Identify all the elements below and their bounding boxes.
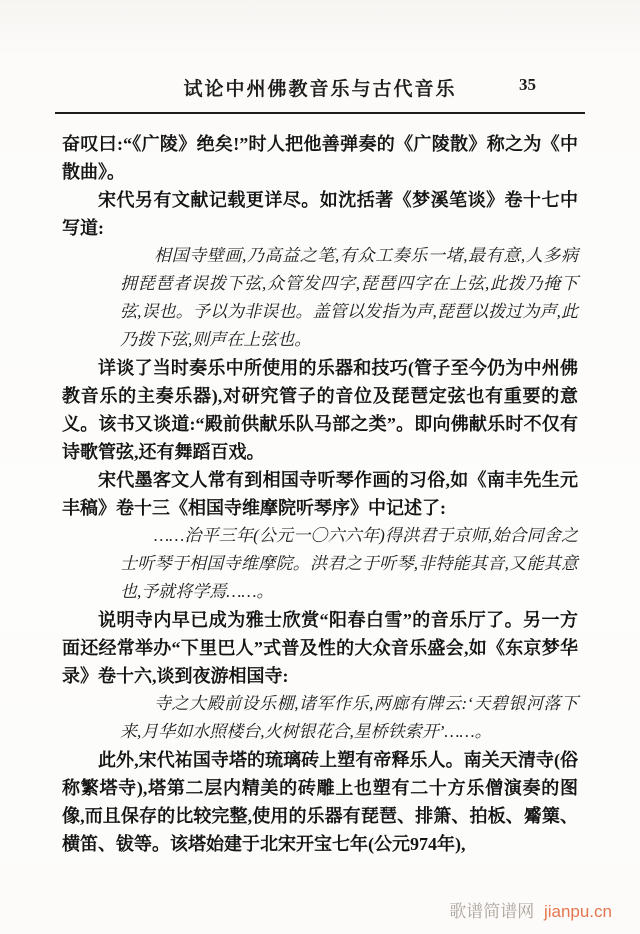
paragraph: 说明寺内早已成为雅士欣赏“阳春白雪”的音乐厅了。另一方面还经常举办“下里巴人”式… <box>62 606 578 690</box>
block-quote: ……治平三年(公元一〇六六年)得洪君于京师,始合同舍之士听琴于相国寺维摩院。洪君… <box>120 522 578 606</box>
scanned-book-page: 试论中州佛教音乐与古代音乐 35 奋叹曰:“《广陵》绝矣!”时人把他善弹奏的《广… <box>0 0 640 934</box>
body-text: 奋叹曰:“《广陵》绝矣!”时人把他善弹奏的《广陵散》称之为《中散曲》。 宋代另有… <box>62 130 578 858</box>
header-divider <box>55 112 585 114</box>
block-quote: 相国寺壁画,乃高益之笔,有众工奏乐一堵,最有意,人多病拥琵琶者误拨下弦,众管发四… <box>120 242 578 354</box>
paragraph: 此外,宋代祐国寺塔的琉璃砖上塑有帝释乐人。南关天清寺(俗称繁塔寺),塔第二层内精… <box>62 746 578 858</box>
paragraph: 宋代另有文献记载更详尽。如沈括著《梦溪笔谈》卷十七中写道: <box>62 186 578 242</box>
watermark-site-url: jianpu.cn <box>544 902 612 921</box>
watermark: 歌谱简谱网 jianpu.cn <box>449 897 612 922</box>
block-quote: 寺之大殿前设乐棚,诸军作乐,两廊有牌云:‘天碧银河落下来,月华如水照楼台,火树银… <box>120 690 578 746</box>
watermark-site-name: 歌谱简谱网 <box>449 902 534 921</box>
page-header: 试论中州佛教音乐与古代音乐 35 <box>62 74 578 101</box>
paragraph-continued: 奋叹曰:“《广陵》绝矣!”时人把他善弹奏的《广陵散》称之为《中散曲》。 <box>62 130 578 186</box>
paragraph: 详谈了当时奏乐中所使用的乐器和技巧(管子至今仍为中州佛教音乐的主奏乐器),对研究… <box>62 354 578 466</box>
paragraph: 宋代墨客文人常有到相国寺听琴作画的习俗,如《南丰先生元丰稿》卷十三《相国寺维摩院… <box>62 466 578 522</box>
page-number: 35 <box>519 75 536 95</box>
page-title: 试论中州佛教音乐与古代音乐 <box>183 74 456 101</box>
